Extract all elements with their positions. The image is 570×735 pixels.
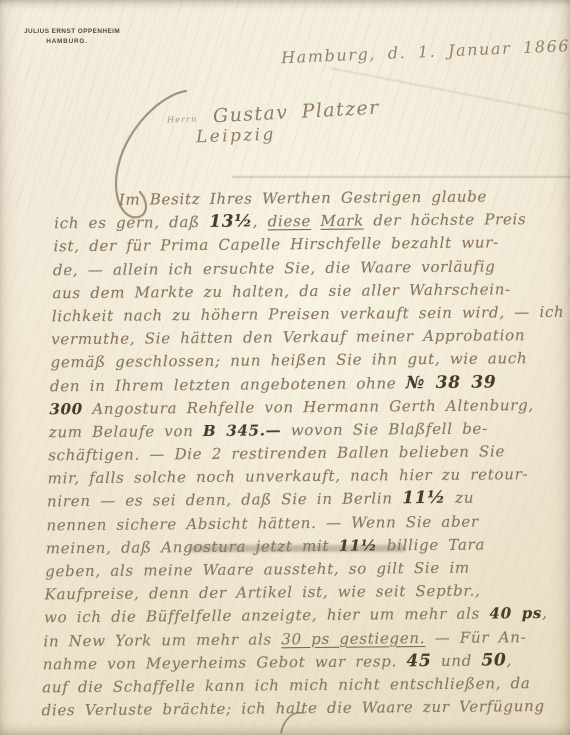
letter-line: dies Verluste brächte; ich halte die Waa… bbox=[42, 694, 570, 722]
letter-scan: JULIUS ERNST OPPENHEIM HAMBURG. Hamburg,… bbox=[0, 0, 570, 735]
dateline: Hamburg, d. 1. Januar 1866. bbox=[281, 36, 570, 67]
recipient-name: Gustav Platzer bbox=[213, 97, 381, 128]
recipient-prefix: Herrn bbox=[167, 114, 198, 124]
printed-letterhead: JULIUS ERNST OPPENHEIM HAMBURG. bbox=[24, 28, 110, 45]
recipient-city: Leipzig bbox=[196, 125, 276, 148]
letter-line: 300 Angostura Rehfelle von Hermann Gerth… bbox=[49, 393, 570, 421]
letter-body: Im Besitz Ihres Werthen Gestrigen glaube… bbox=[0, 184, 570, 723]
horizontal-crease bbox=[232, 176, 570, 178]
letterhead-name: JULIUS ERNST OPPENHEIM bbox=[24, 28, 110, 35]
letterhead-city: HAMBURG. bbox=[24, 38, 110, 45]
